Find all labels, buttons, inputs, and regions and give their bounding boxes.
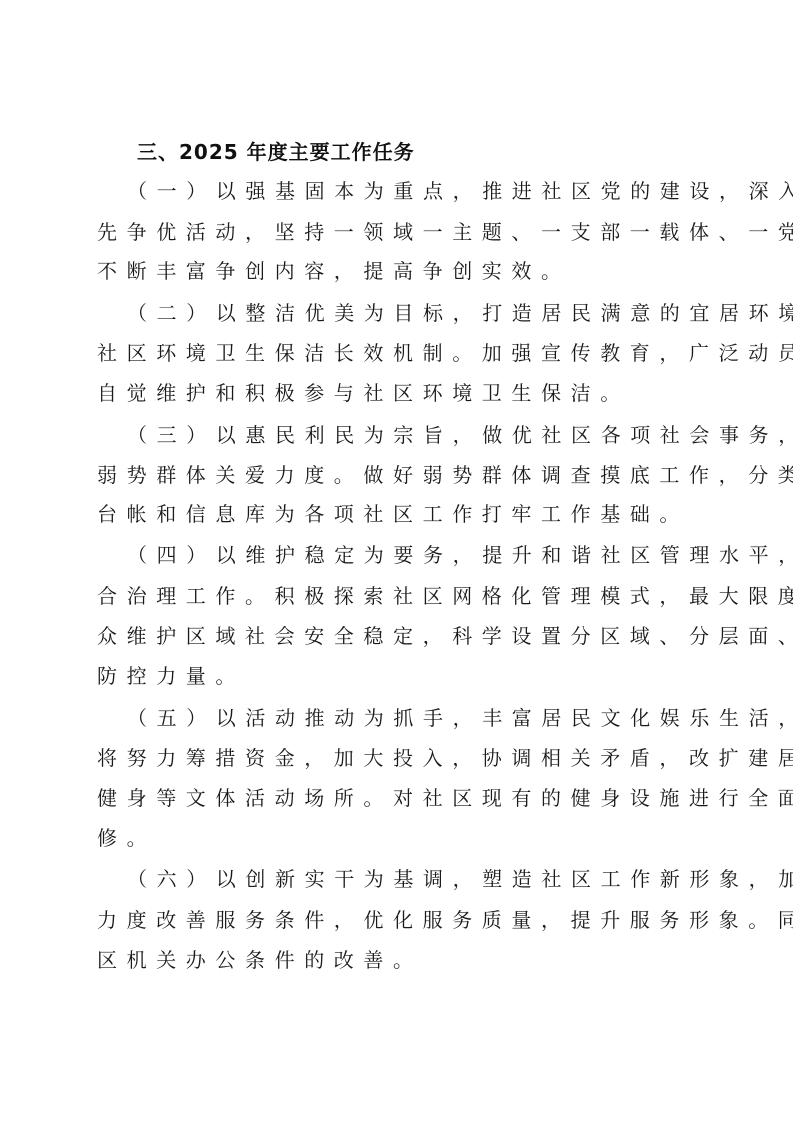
paragraph-line: 弱势群体关爱力度。做好弱势群体调查摸底工作，分类统计建立 — [97, 460, 697, 490]
section-heading: 三、2025 年度主要工作任务 — [137, 137, 415, 167]
paragraph-line: （二）以整洁优美为目标，打造居民满意的宜居环境，完善 — [127, 298, 727, 328]
paragraph-line: 不断丰富争创内容，提高争创实效。 — [97, 256, 697, 286]
paragraph-line: （四）以维护稳定为要务，提升和谐社区管理水平，加强综 — [127, 540, 727, 570]
paragraph-line: （三）以惠民利民为宗旨，做优社区各项社会事务，加大对 — [127, 420, 727, 450]
paragraph-line: （一）以强基固本为重点，推进社区党的建设，深入推进创 — [127, 176, 727, 206]
paragraph-line: 修。 — [97, 823, 697, 853]
paragraph-line: 防控力量。 — [97, 661, 697, 691]
paragraph-line: （五）以活动推动为抓手，丰富居民文化娱乐生活，社区办 — [127, 703, 727, 733]
paragraph-line: 社区环境卫生保洁长效机制。加强宣传教育，广泛动员居民群众 — [97, 338, 697, 368]
paragraph-line: （六）以创新实干为基调，塑造社区工作新形象，加大宣传 — [127, 864, 727, 894]
paragraph-line: 健身等文体活动场所。对社区现有的健身设施进行全面的安检维 — [97, 783, 697, 813]
paragraph-line: 力度改善服务条件，优化服务质量，提升服务形象。同时兼顾社 — [97, 905, 697, 935]
paragraph-line: 自觉维护和积极参与社区环境卫生保洁。 — [97, 378, 697, 408]
document-page: 三、2025 年度主要工作任务 （一）以强基固本为重点，推进社区党的建设，深入推… — [0, 0, 793, 1122]
paragraph-line: 众维护区域社会安全稳定，科学设置分区域、分层面、按梯次的 — [97, 621, 697, 651]
paragraph-line: 将努力筹措资金，加大投入，协调相关矛盾，改扩建居民纳凉、 — [97, 743, 697, 773]
paragraph-line: 台帐和信息库为各项社区工作打牢工作基础。 — [97, 499, 697, 529]
paragraph-line: 先争优活动，坚持一领域一主题、一支部一载体、一党员一承诺， — [97, 217, 697, 247]
paragraph-line: 区机关办公条件的改善。 — [97, 945, 697, 975]
paragraph-line: 合治理工作。积极探索社区网格化管理模式，最大限度地组织群 — [97, 581, 697, 611]
